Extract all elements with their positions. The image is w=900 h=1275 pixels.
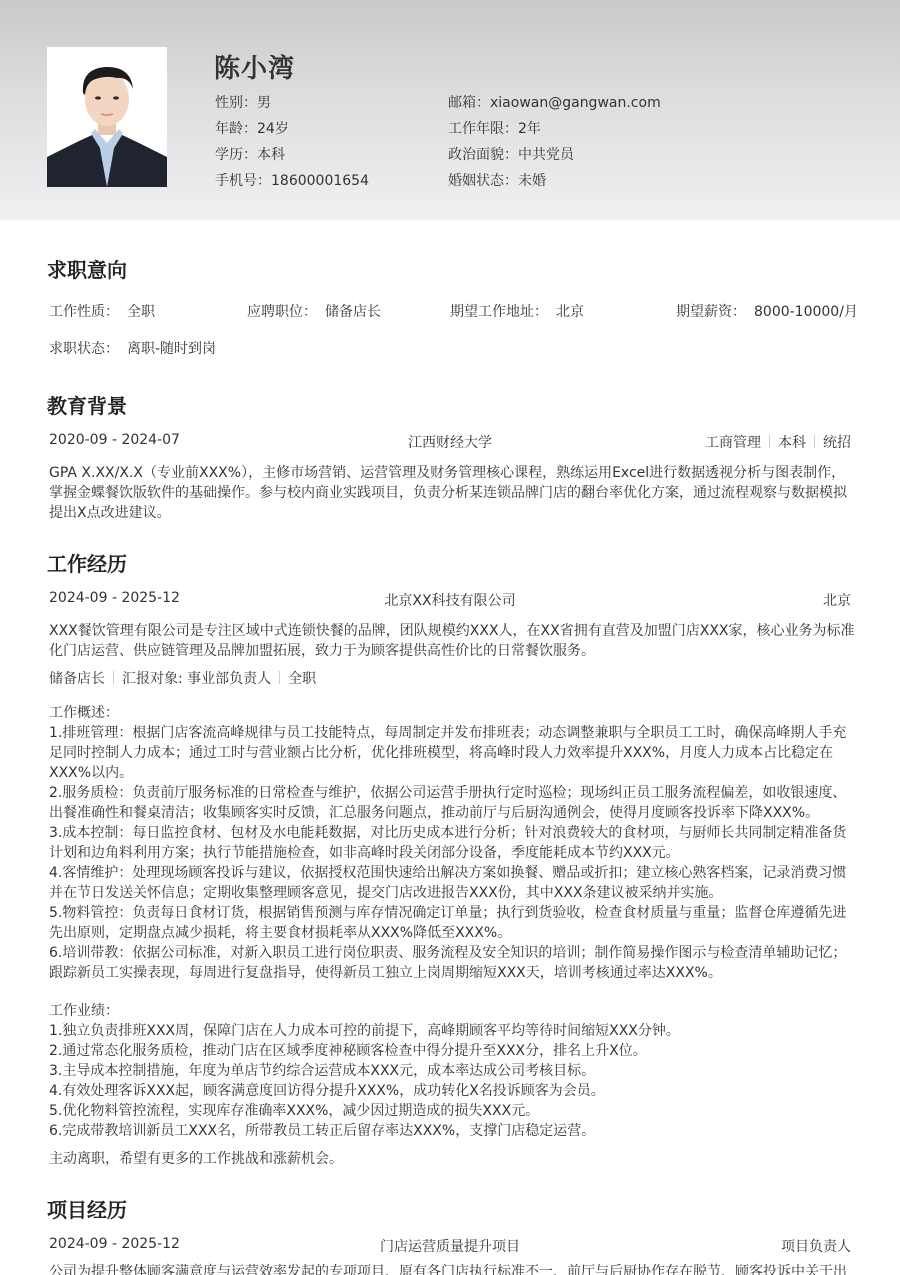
basic-info-right: 邮箱：xiaowan@gangwan.com 工作年限：2年 政治面貌：中共党员… [448,92,661,196]
achievement-item: 4.有效处理客诉XXX起，顾客满意度回访得分提升XXX%，成功转化X名投诉顾客为… [49,1081,855,1101]
divider [814,435,815,448]
intent-label: 应聘职位： [247,304,317,320]
intent-value: 8000-10000/月 [754,304,858,320]
info-work-years: 工作年限：2年 [448,118,661,144]
info-email: 邮箱：xiaowan@gangwan.com [448,92,661,118]
overview-item: 1.排班管理：根据门店客流高峰规律与员工技能特点，每周制定并发布排班表；动态调整… [49,723,855,783]
divider [113,671,114,684]
section-title-education: 教育背景 [47,390,127,419]
section-title-work: 工作经历 [47,548,127,577]
work-tags: 储备店长汇报对象: 事业部负责人全职 [49,668,851,688]
info-political-status: 政治面貌：中共党员 [448,144,661,170]
info-age: 年龄：24岁 [215,118,369,144]
info-label: 婚姻状态： [448,173,518,189]
achievement-item: 3.主导成本控制措施，年度为单店节约综合运营成本XXX元，成本率达成公司考核目标… [49,1061,855,1081]
basic-info-left: 性别：男 年龄：24岁 学历：本科 手机号：18600001654 [215,92,369,196]
tag-report-to: 汇报对象: 事业部负责人 [122,671,271,687]
intent-label: 期望工作地址： [450,304,548,320]
info-value: 本科 [257,147,285,163]
achievements-label: 工作业绩： [49,1001,855,1021]
work-entry-header: 2024-09 - 2025-12 北京XX科技有限公司 北京 [49,590,851,610]
info-gender: 性别：男 [215,92,369,118]
overview-item: 3.成本控制：每日监控食材、包材及水电能耗数据，对比历史成本进行分析；针对浪费较… [49,823,855,863]
overview-item: 6.培训带教：依据公司标准，对新入职员工进行岗位职责、服务流程及安全知识的培训；… [49,943,855,983]
divider [769,435,770,448]
tag-major: 工商管理 [705,435,761,451]
achievement-item: 1.独立负责排班XXX周，保障门店在人力成本可控的前提下，高峰期顾客平均等待时间… [49,1021,855,1041]
info-label: 年龄： [215,121,257,137]
overview-item: 5.物料管控：负责每日食材订货，根据销售预测与库存情况确定订单量；执行到货验收，… [49,903,855,943]
achievement-item: 6.完成带教培训新员工XXX名，所带教员工转正后留存率达XXX%，支撑门店稳定运… [49,1121,855,1141]
info-value: 2年 [518,121,541,137]
intent-value: 储备店长 [325,304,381,320]
intent-value: 全职 [127,304,155,320]
intent-label: 求职状态： [49,341,119,357]
candidate-name: 陈小湾 [214,48,295,85]
leave-reason: 主动离职，希望有更多的工作挑战和涨薪机会。 [49,1149,855,1169]
info-value: 男 [257,95,271,111]
intent-label: 工作性质： [49,304,119,320]
tag-degree: 本科 [778,435,806,451]
education-tags: 工商管理本科统招 [705,432,851,452]
intent-position: 应聘职位：储备店长 [247,301,381,321]
project-description: 公司为提升整体顾客满意度与运营效率发起的专项项目，原有各门店执行标准不一，前厅与… [49,1262,869,1275]
section-title-job-intent: 求职意向 [47,254,127,283]
intent-value: 北京 [556,304,584,320]
intent-salary: 期望薪资：8000-10000/月 [676,301,858,321]
work-location: 北京 [823,590,851,610]
tag-employment-type: 全职 [288,671,316,687]
intent-location: 期望工作地址：北京 [450,301,584,321]
divider [279,671,280,684]
tag-enrollment: 统招 [823,435,851,451]
work-achievements: 工作业绩： 1.独立负责排班XXX周，保障门店在人力成本可控的前提下，高峰期顾客… [49,1001,855,1141]
work-overview: 工作概述： 1.排班管理：根据门店客流高峰规律与员工技能特点，每周制定并发布排班… [49,703,855,983]
project-name: 门店运营质量提升项目 [49,1236,851,1256]
info-label: 邮箱： [448,95,490,111]
portrait-image [47,47,167,187]
info-label: 手机号： [215,173,271,189]
overview-item: 4.客情维护：处理现场顾客投诉与建议，依据授权范围快速给出解决方案如换餐、赠品或… [49,863,855,903]
intent-status: 求职状态：离职-随时到岗 [49,338,216,358]
education-description: GPA X.XX/X.X（专业前XXX%），主修市场营销、运营管理及财务管理核心… [49,463,855,523]
info-label: 政治面貌： [448,147,518,163]
info-value: 24岁 [257,121,289,137]
overview-label: 工作概述： [49,703,855,723]
project-description-clip: 公司为提升整体顾客满意度与运营效率发起的专项项目，原有各门店执行标准不一，前厅与… [0,1262,900,1275]
intent-work-type: 工作性质：全职 [49,301,155,321]
education-entry-header: 2020-09 - 2024-07 江西财经大学 工商管理本科统招 [49,432,851,452]
info-label: 性别： [215,95,257,111]
profile-photo [47,47,167,187]
info-label: 工作年限： [448,121,518,137]
project-role: 项目负责人 [781,1236,851,1256]
overview-item: 2.服务质检：负责前厅服务标准的日常检查与维护，依据公司运营手册执行定时巡检；现… [49,783,855,823]
info-education: 学历：本科 [215,144,369,170]
section-title-project: 项目经历 [47,1194,127,1223]
work-company: 北京XX科技有限公司 [49,590,851,610]
info-value: 18600001654 [271,173,369,189]
tag-title: 储备店长 [49,671,105,687]
project-entry-header: 2024-09 - 2025-12 门店运营质量提升项目 项目负责人 [49,1236,851,1256]
info-value: xiaowan@gangwan.com [490,95,661,111]
info-label: 学历： [215,147,257,163]
intent-label: 期望薪资： [676,304,746,320]
achievement-item: 2.通过常态化服务质检，推动门店在区域季度神秘顾客检查中得分提升至XXX分，排名… [49,1041,855,1061]
info-marital-status: 婚姻状态：未婚 [448,170,661,196]
info-value: 未婚 [518,173,546,189]
company-intro: XXX餐饮管理有限公司是专注区域中式连锁快餐的品牌，团队规模约XXX人，在XX省… [49,621,855,661]
profile-header: 陈小湾 性别：男 年龄：24岁 学历：本科 手机号：18600001654 邮箱… [0,0,900,220]
info-phone: 手机号：18600001654 [215,170,369,196]
intent-value: 离职-随时到岗 [127,341,216,357]
achievement-item: 5.优化物料管控流程，实现库存准确率XXX%，减少因过期造成的损失XXX元。 [49,1101,855,1121]
info-value: 中共党员 [518,147,574,163]
